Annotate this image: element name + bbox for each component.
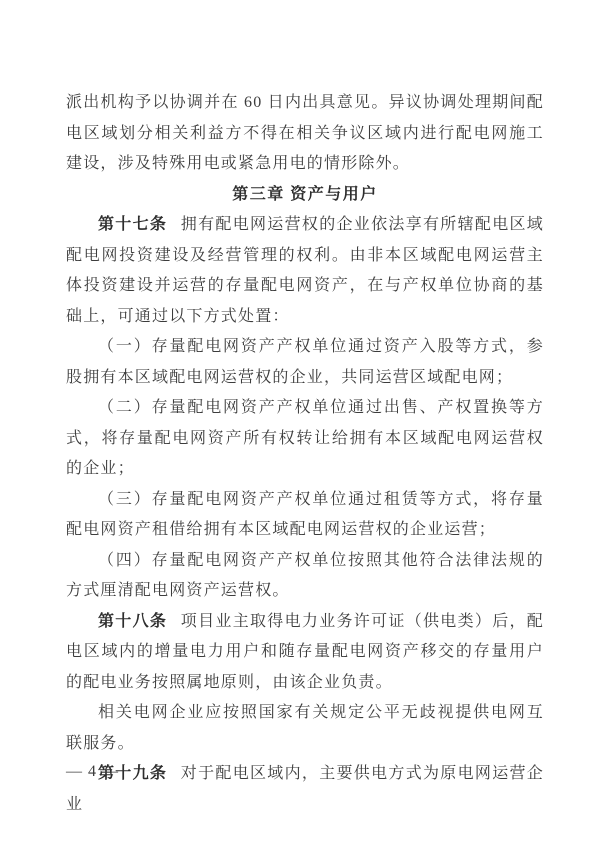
document-body: 派出机构予以协调并在 60 日内出具意见。异议协调处理期间配电区域划分相关利益方… bbox=[66, 88, 544, 820]
paragraph-article-19: 第十九条对于配电区域内，主要供电方式为原电网运营企业 bbox=[66, 759, 544, 820]
article-17-term: 第十七条 bbox=[98, 216, 167, 233]
chapter-heading: 第三章 资产与用户 bbox=[66, 180, 544, 211]
paragraph-article-18-para2: 相关电网企业应按照国家有关规定公平无歧视提供电网互联服务。 bbox=[66, 698, 544, 759]
paragraph-disposal-item-4: （四）存量配电网资产产权单位按照其他符合法律法规的方式厘清配电网资产运营权。 bbox=[66, 546, 544, 607]
page-number: — 4 — bbox=[66, 763, 119, 781]
paragraph-disposal-item-2: （二）存量配电网资产产权单位通过出售、产权置换等方式，将存量配电网资产所有权转让… bbox=[66, 393, 544, 485]
article-18-term: 第十八条 bbox=[98, 613, 167, 630]
paragraph-disposal-item-1: （一）存量配电网资产产权单位通过资产入股等方式，参股拥有本区域配电网运营权的企业… bbox=[66, 332, 544, 393]
paragraph-disposal-item-3: （三）存量配电网资产产权单位通过租赁等方式，将存量配电网资产租借给拥有本区域配电… bbox=[66, 485, 544, 546]
document-page: 派出机构予以协调并在 60 日内出具意见。异议协调处理期间配电区域划分相关利益方… bbox=[0, 0, 608, 856]
paragraph-intro-continuation: 派出机构予以协调并在 60 日内出具意见。异议协调处理期间配电区域划分相关利益方… bbox=[66, 88, 544, 180]
paragraph-article-18: 第十八条项目业主取得电力业务许可证（供电类）后，配电区域内的增量电力用户和随存量… bbox=[66, 607, 544, 699]
paragraph-article-17: 第十七条拥有配电网运营权的企业依法享有所辖配电区域配电网投资建设及经营管理的权利… bbox=[66, 210, 544, 332]
